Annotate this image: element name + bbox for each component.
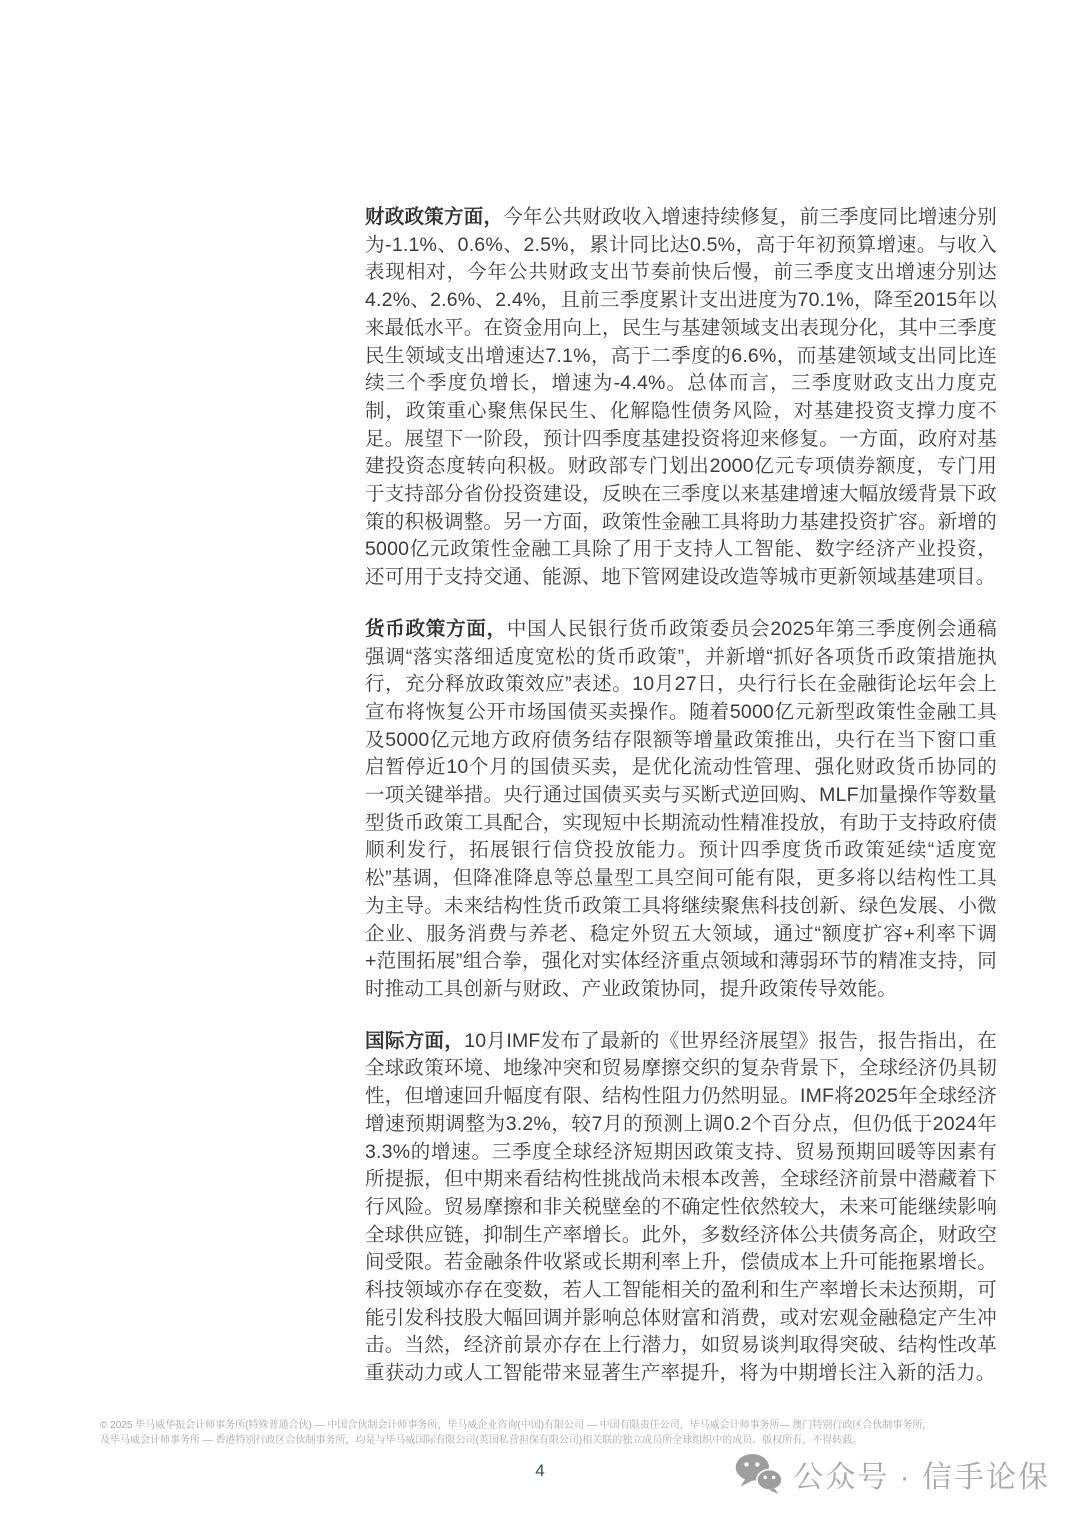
footer-legal-line-2: 及毕马威会计师事务所 — 香港特别行政区合伙制事务所，均是与毕马威国际有限公司(… xyxy=(100,1434,1020,1449)
watermark-text: 公众号 · 信手论保 xyxy=(793,1452,1050,1496)
paragraph-body-international: 10月IMF发布了最新的《世界经济展望》报告，报告指出，在全球政策环境、地缘冲突… xyxy=(365,1030,997,1384)
footer-legal: © 2025 毕马威华振会计师事务所(特殊普通合伙) — 中国合伙制会计师事务所… xyxy=(100,1419,1020,1448)
document-page: 财政政策方面，今年公共财政收入增速持续修复，前三季度同比增速分别为-1.1%、0… xyxy=(0,0,1080,1515)
paragraph-lead-international: 国际方面， xyxy=(365,1030,464,1052)
footer-legal-line-1: © 2025 毕马威华振会计师事务所(特殊普通合伙) — 中国合伙制会计师事务所… xyxy=(100,1419,1020,1434)
page-content: 财政政策方面，今年公共财政收入增速持续修复，前三季度同比增速分别为-1.1%、0… xyxy=(365,204,997,1412)
paragraph-monetary-policy: 货币政策方面，中国人民银行货币政策委员会2025年第三季度例会通稿强调“落实落细… xyxy=(365,616,997,1004)
wechat-icon xyxy=(734,1452,784,1496)
paragraph-lead-monetary: 货币政策方面， xyxy=(365,618,507,640)
paragraph-body-monetary: 中国人民银行货币政策委员会2025年第三季度例会通稿强调“落实落细适度宽松的货币… xyxy=(365,618,997,1000)
paragraph-body-fiscal: 今年公共财政收入增速持续修复，前三季度同比增速分别为-1.1%、0.6%、2.5… xyxy=(365,206,997,588)
paragraph-fiscal-policy: 财政政策方面，今年公共财政收入增速持续修复，前三季度同比增速分别为-1.1%、0… xyxy=(365,204,997,592)
paragraph-international: 国际方面，10月IMF发布了最新的《世界经济展望》报告，报告指出，在全球政策环境… xyxy=(365,1028,997,1388)
paragraph-lead-fiscal: 财政政策方面， xyxy=(365,206,503,228)
watermark: 公众号 · 信手论保 xyxy=(734,1452,1050,1496)
